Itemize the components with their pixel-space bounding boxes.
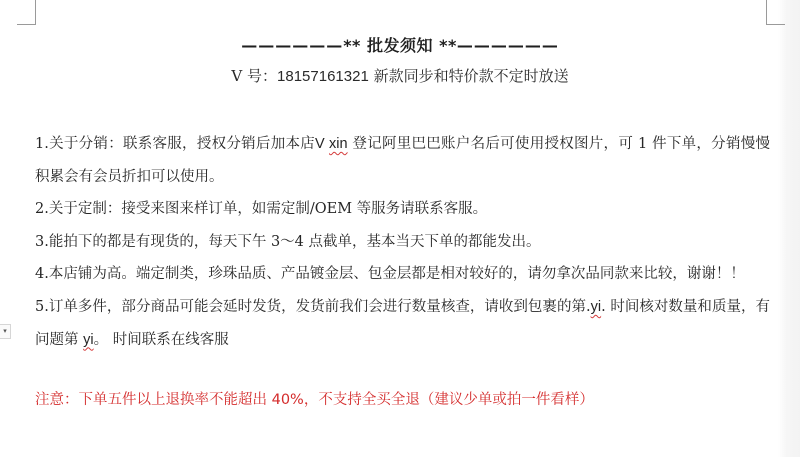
subtitle-text: 新款同步和特价款不定时放送	[369, 67, 569, 85]
paragraph-2: 2.关于定制：接受来图来样订单，如需定制/OEM 等服务请联系客服。	[35, 193, 770, 226]
spellcheck-word-xin[interactable]: xin	[329, 136, 348, 152]
spellcheck-word-yi-2[interactable]: yi	[83, 332, 93, 348]
title-left-stars: **	[343, 36, 361, 55]
paragraph-1: 1.关于分销：联系客服，授权分销后加本店V xin 登记阿里巴巴账户名后可使用授…	[35, 128, 770, 193]
margin-corner-mark-top-left	[17, 0, 36, 25]
document-body[interactable]: 1.关于分销：联系客服，授权分销后加本店V xin 登记阿里巴巴账户名后可使用授…	[35, 128, 770, 356]
title-right-stars: **	[439, 36, 457, 55]
paragraph-1-v: V	[315, 136, 329, 152]
paragraph-1-text-a: 1.关于分销：联系客服，授权分销后加本店	[35, 136, 315, 152]
document-title: ——————** 批发须知 **——————	[0, 33, 800, 56]
paragraph-dropdown-marker[interactable]: ▾	[0, 324, 11, 339]
chevron-down-icon: ▾	[3, 327, 7, 335]
paragraph-3: 3.能拍下的都是有现货的，每天下午 3～4 点截单，基本当天下单的都能发出。	[35, 226, 770, 259]
subtitle-label: V 号：	[231, 67, 277, 85]
title-left-dashes: ——————	[241, 36, 343, 55]
document-subtitle: V 号：18157161321 新款同步和特价款不定时放送	[0, 65, 800, 86]
document-page: ——————** 批发须知 **—————— V 号：18157161321 新…	[0, 0, 800, 457]
paragraph-5-text-c: 。 时间联系在线客服	[94, 332, 229, 348]
spellcheck-word-yi-1[interactable]: yi	[591, 299, 601, 315]
paragraph-4: 4.本店铺为高。端定制类，珍珠品质、产品镀金层、包金层都是相对较好的，请勿拿次品…	[35, 258, 770, 291]
paragraph-5: 5.订单多件，部分商品可能会延时发货，发货前我们会进行数量核查，请收到包裹的第.…	[35, 291, 770, 356]
title-right-dashes: ——————	[457, 36, 559, 55]
margin-corner-mark-top-right	[766, 0, 785, 25]
warning-note: 注意：下单五件以上退换率不能超出 40%，不支持全买全退（建议少单或拍一件看样）	[35, 388, 594, 409]
title-text: 批发须知	[361, 36, 439, 55]
paragraph-5-text-a: 5.订单多件，部分商品可能会延时发货，发货前我们会进行数量核查，请收到包裹的第.	[35, 299, 591, 315]
subtitle-phone-number: 18157161321	[277, 68, 369, 85]
